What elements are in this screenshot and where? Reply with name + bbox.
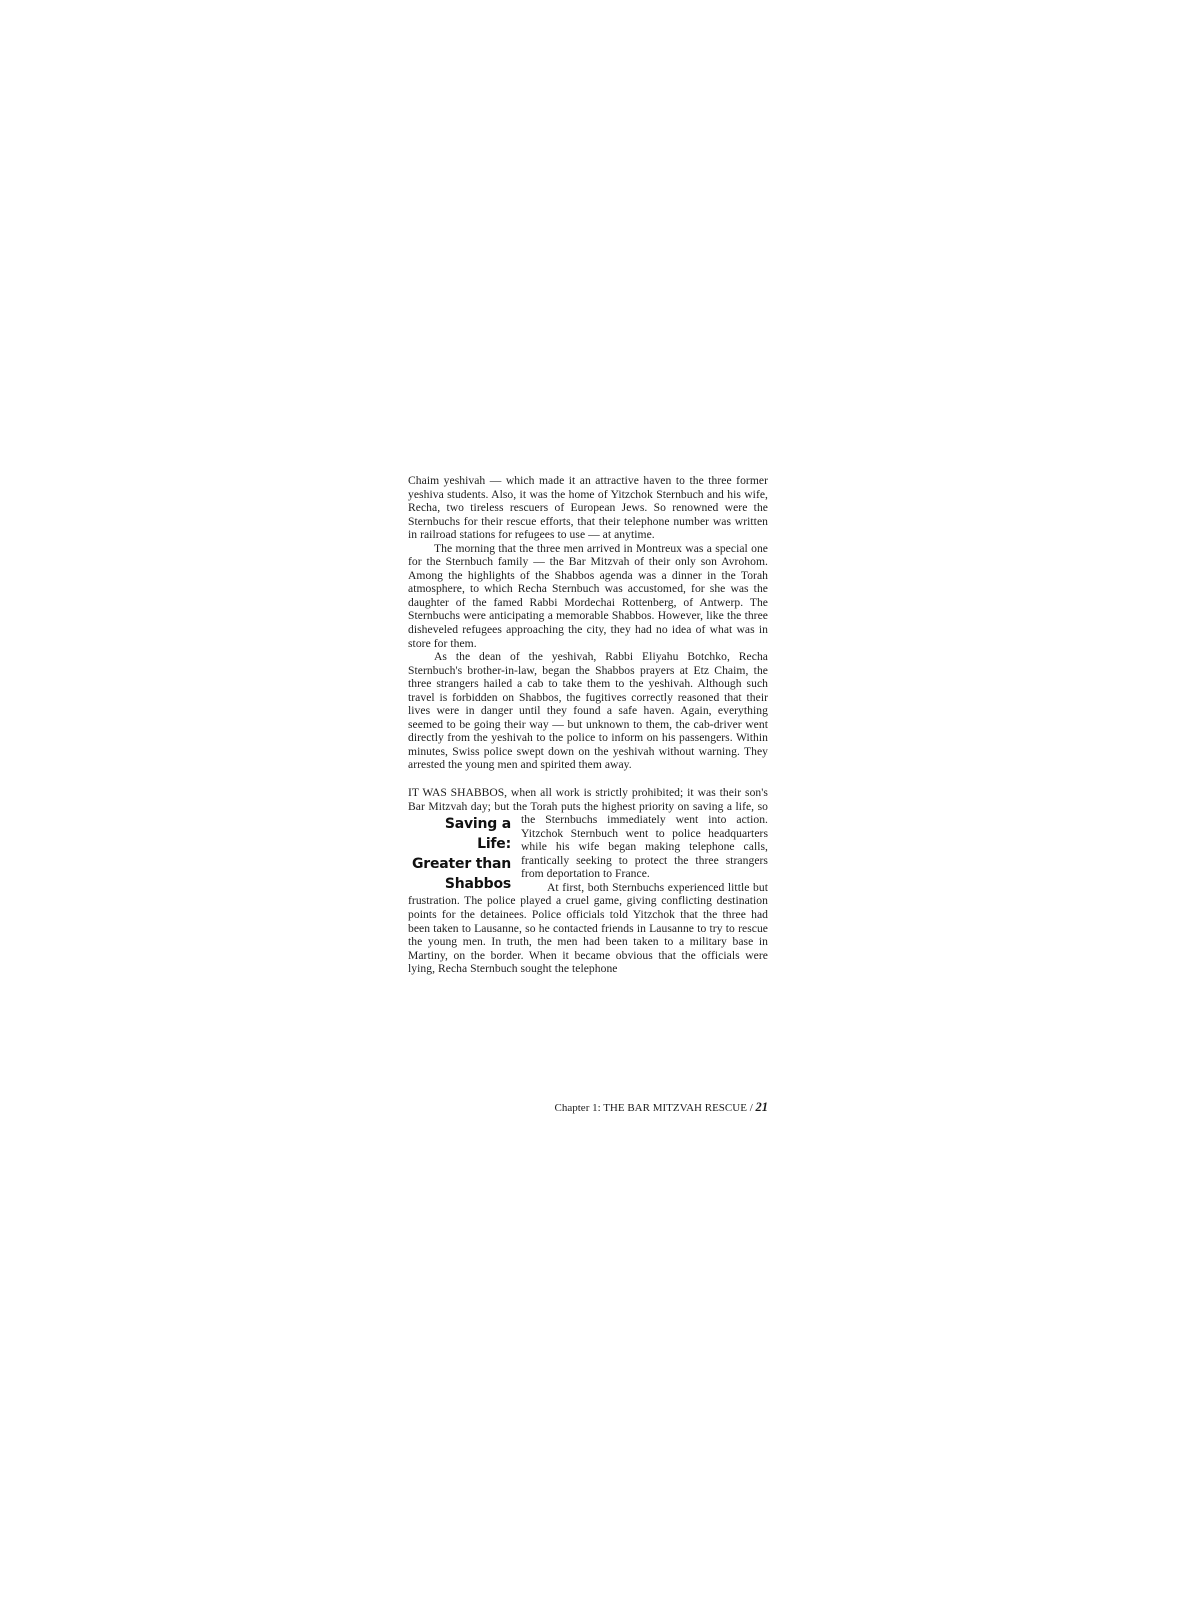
page-footer: Chapter 1: THE BAR MITZVAH RESCUE / 21 [408, 1100, 768, 1115]
section-lead-in: IT WAS SHABBOS, [408, 786, 507, 799]
sidebar-heading-line: Saving a Life: [408, 814, 511, 854]
page-body: Chaim yeshivah — which made it an attrac… [408, 474, 768, 976]
section-break [408, 772, 768, 786]
paragraph-1: Chaim yeshivah — which made it an attrac… [408, 474, 768, 542]
section-paragraph-1: IT WAS SHABBOS, when all work is strictl… [408, 786, 768, 881]
section-paragraph-2: At first, both Sternbuchs experienced li… [408, 881, 768, 976]
sidebar-heading-line: Greater than [408, 854, 511, 874]
running-head: Chapter 1: THE BAR MITZVAH RESCUE [555, 1102, 747, 1114]
sidebar-heading: Saving a Life:Greater thanShabbos [408, 814, 511, 894]
paragraph-3: As the dean of the yeshivah, Rabbi Eliya… [408, 650, 768, 772]
sidebar-heading-line: Shabbos [408, 874, 511, 894]
footer-separator: / [747, 1102, 756, 1114]
paragraph-2: The morning that the three men arrived i… [408, 542, 768, 650]
page-number: 21 [756, 1100, 769, 1114]
